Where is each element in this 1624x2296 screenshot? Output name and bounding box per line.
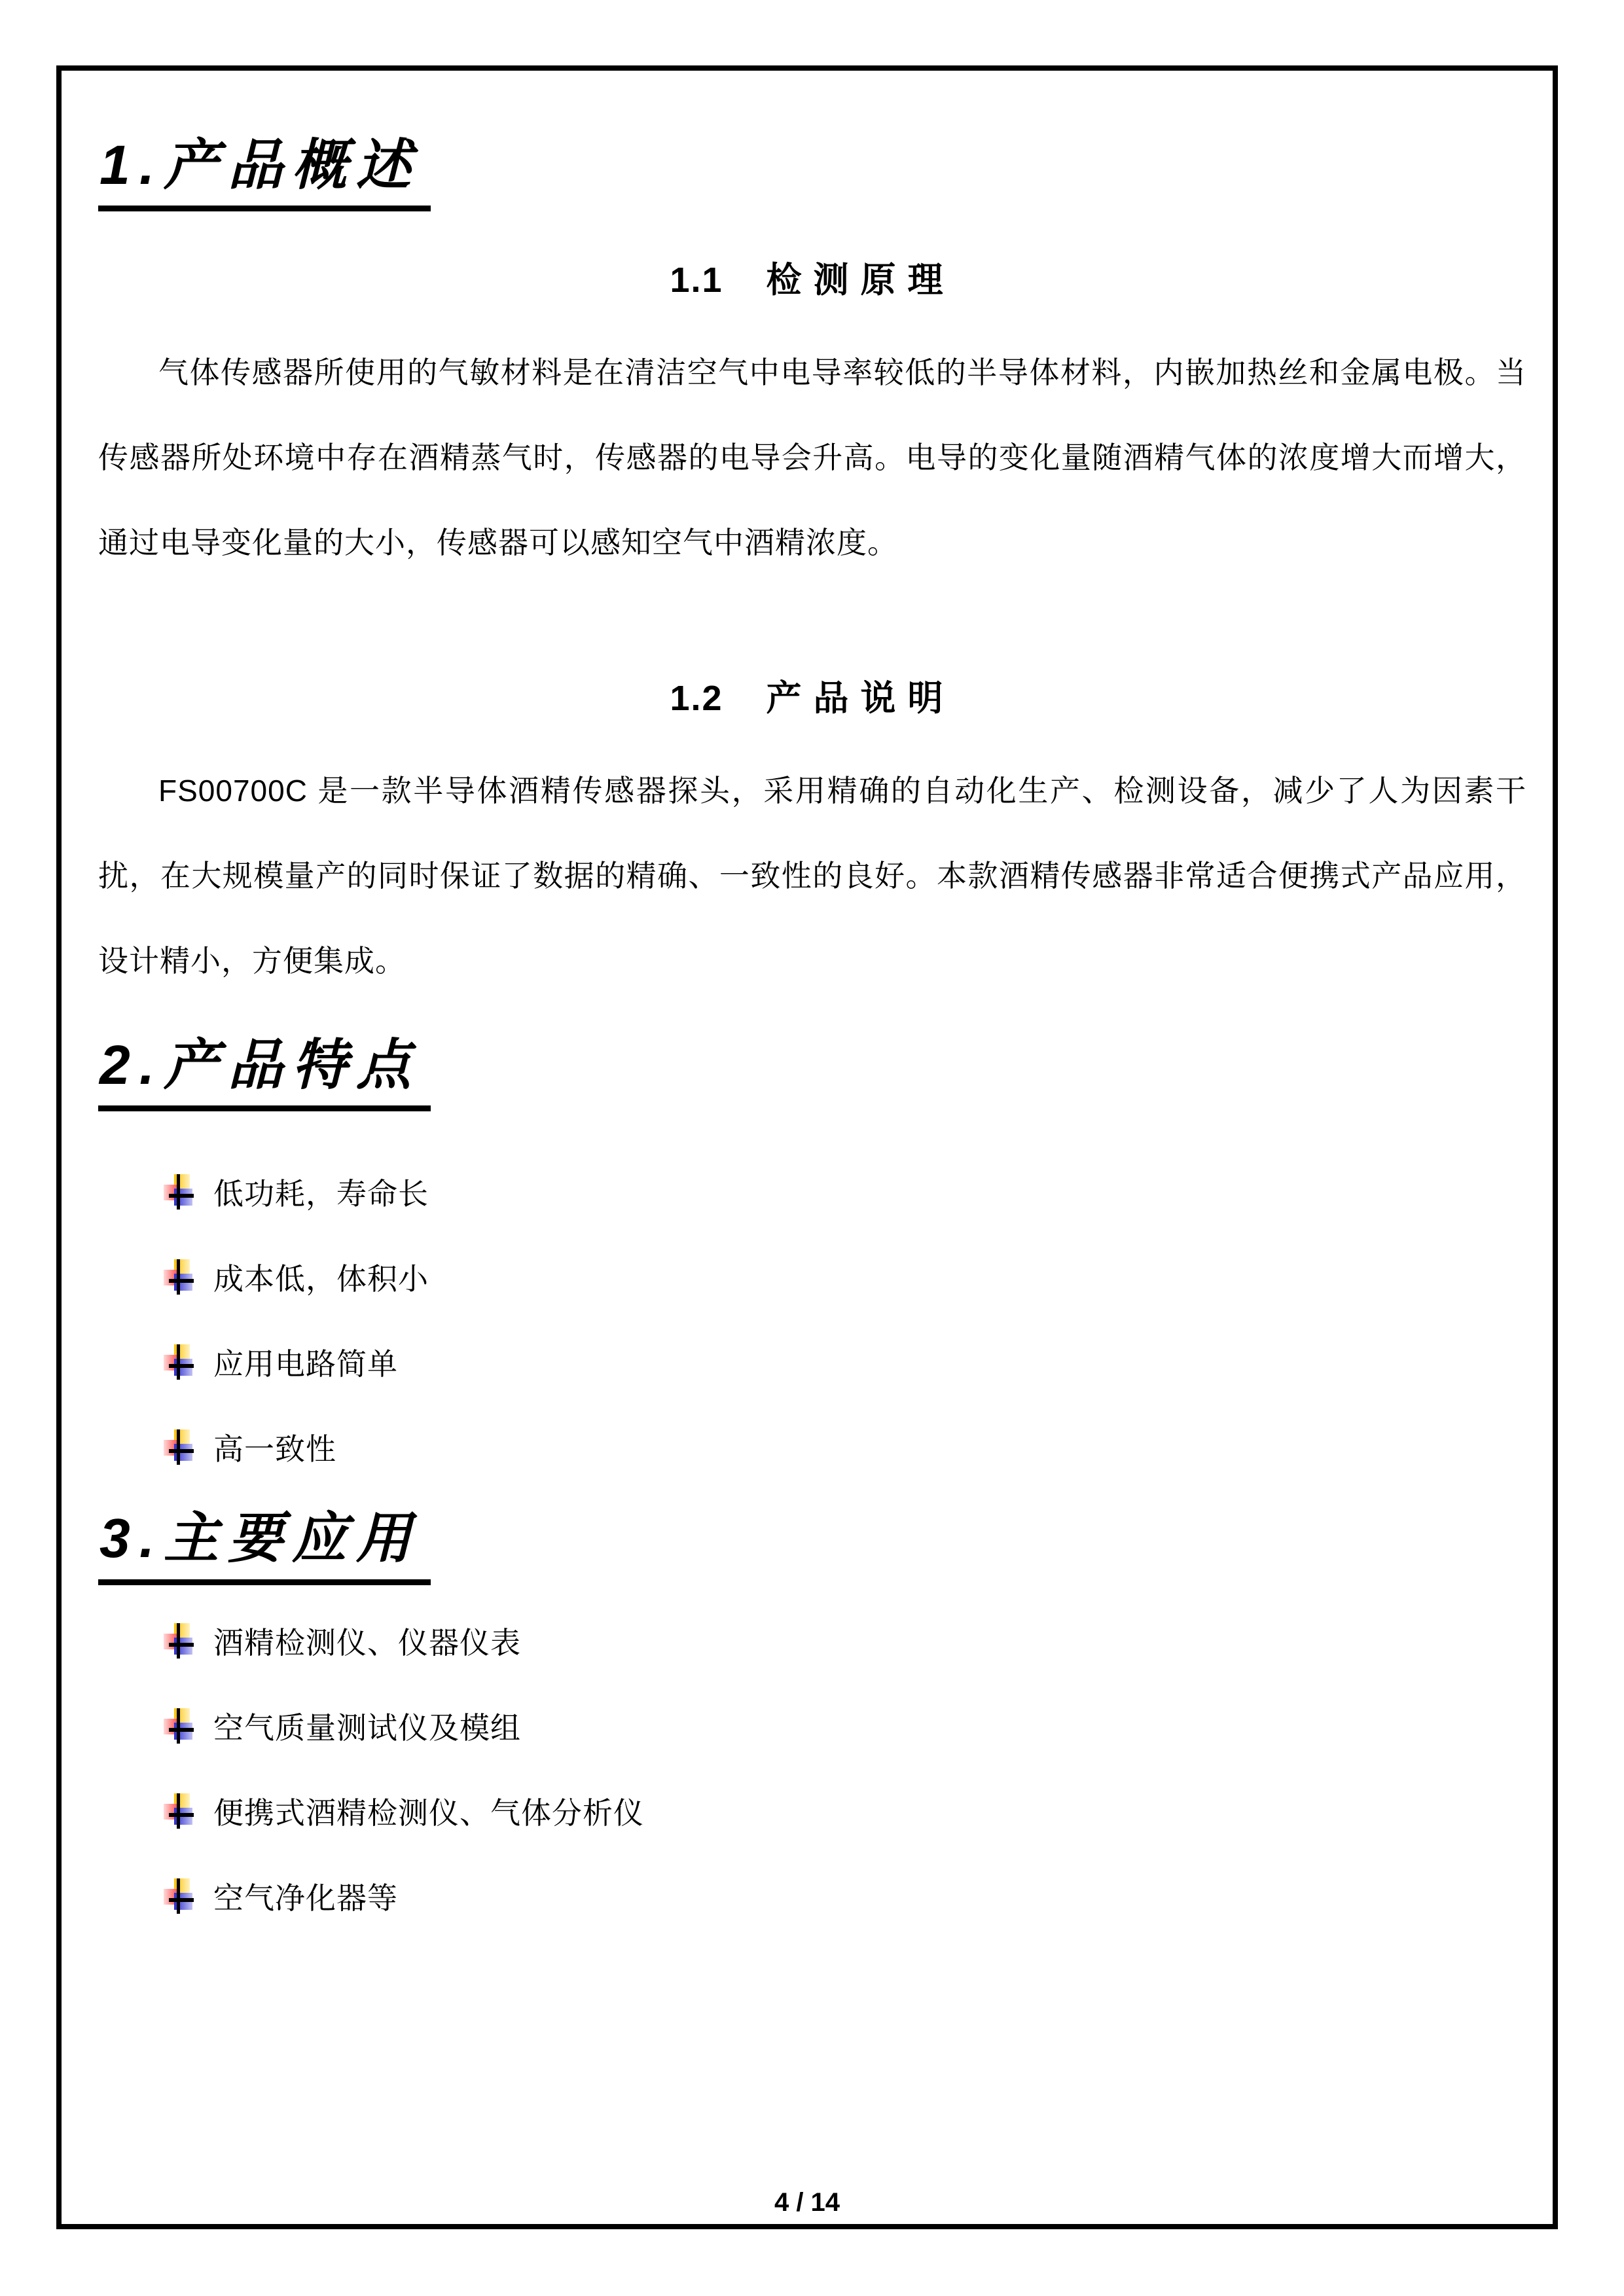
- colored-cross-bullet-icon: [164, 1259, 194, 1295]
- features-list: 低功耗，寿命长 成本低，体积小 应用电路简单 高一致性: [98, 1149, 1526, 1490]
- colored-cross-bullet-icon: [164, 1344, 194, 1380]
- section-features-heading-wrap: 2.产品特点: [98, 1036, 1526, 1111]
- colored-cross-bullet-icon: [164, 1878, 194, 1914]
- page-number: 4 / 14: [62, 2188, 1553, 2217]
- list-item: 低功耗，寿命长: [98, 1149, 1526, 1234]
- colored-cross-bullet-icon: [164, 1623, 194, 1659]
- page-frame: 1.产品概述 1.1检测原理 气体传感器所使用的气敏材料是在清洁空气中电导率较低…: [56, 65, 1558, 2229]
- subsection-number: 1.2: [670, 679, 723, 718]
- section-features-heading: 2.产品特点: [98, 1036, 431, 1111]
- colored-cross-bullet-icon: [164, 1793, 194, 1829]
- list-item-label: 成本低，体积小: [213, 1255, 429, 1299]
- colored-cross-bullet-icon: [164, 1429, 194, 1465]
- subsection-number: 1.1: [670, 260, 723, 300]
- list-item-label: 酒精检测仪、仪器仪表: [213, 1619, 521, 1662]
- list-item: 便携式酒精检测仪、气体分析仪: [98, 1768, 1526, 1854]
- section-applications-heading-wrap: 3.主要应用: [98, 1509, 1526, 1585]
- list-item: 应用电路简单: [98, 1319, 1526, 1405]
- list-item: 高一致性: [98, 1405, 1526, 1490]
- product-description-paragraph: FS00700C 是一款半导体酒精传感器探头，采用精确的自动化生产、检测设备，减…: [98, 748, 1526, 1003]
- subsection-title: 产品说明: [767, 679, 955, 718]
- list-item: 成本低，体积小: [98, 1234, 1526, 1319]
- applications-list: 酒精检测仪、仪器仪表 空气质量测试仪及模组 便携式酒精检测仪、气体分析仪 空气净…: [98, 1598, 1526, 1939]
- subsection-detection-principle-heading: 1.1检测原理: [98, 252, 1526, 302]
- list-item-label: 空气质量测试仪及模组: [213, 1704, 521, 1748]
- subsection-title: 检测原理: [767, 260, 955, 300]
- list-item-label: 便携式酒精检测仪、气体分析仪: [213, 1789, 644, 1833]
- list-item-label: 空气净化器等: [213, 1874, 398, 1918]
- list-item: 酒精检测仪、仪器仪表: [98, 1598, 1526, 1683]
- list-item-label: 高一致性: [213, 1426, 336, 1469]
- list-item: 空气净化器等: [98, 1854, 1526, 1939]
- section-overview-heading-wrap: 1.产品概述: [98, 136, 1526, 211]
- list-item-label: 低功耗，寿命长: [213, 1170, 429, 1213]
- list-item-label: 应用电路简单: [213, 1340, 398, 1384]
- subsection-product-description-heading: 1.2产品说明: [98, 670, 1526, 721]
- list-item: 空气质量测试仪及模组: [98, 1683, 1526, 1768]
- section-applications-heading: 3.主要应用: [98, 1509, 431, 1585]
- detection-principle-paragraph: 气体传感器所使用的气敏材料是在清洁空气中电导率较低的半导体材料，内嵌加热丝和金属…: [98, 330, 1526, 585]
- colored-cross-bullet-icon: [164, 1708, 194, 1744]
- colored-cross-bullet-icon: [164, 1174, 194, 1210]
- section-overview-heading: 1.产品概述: [98, 136, 431, 211]
